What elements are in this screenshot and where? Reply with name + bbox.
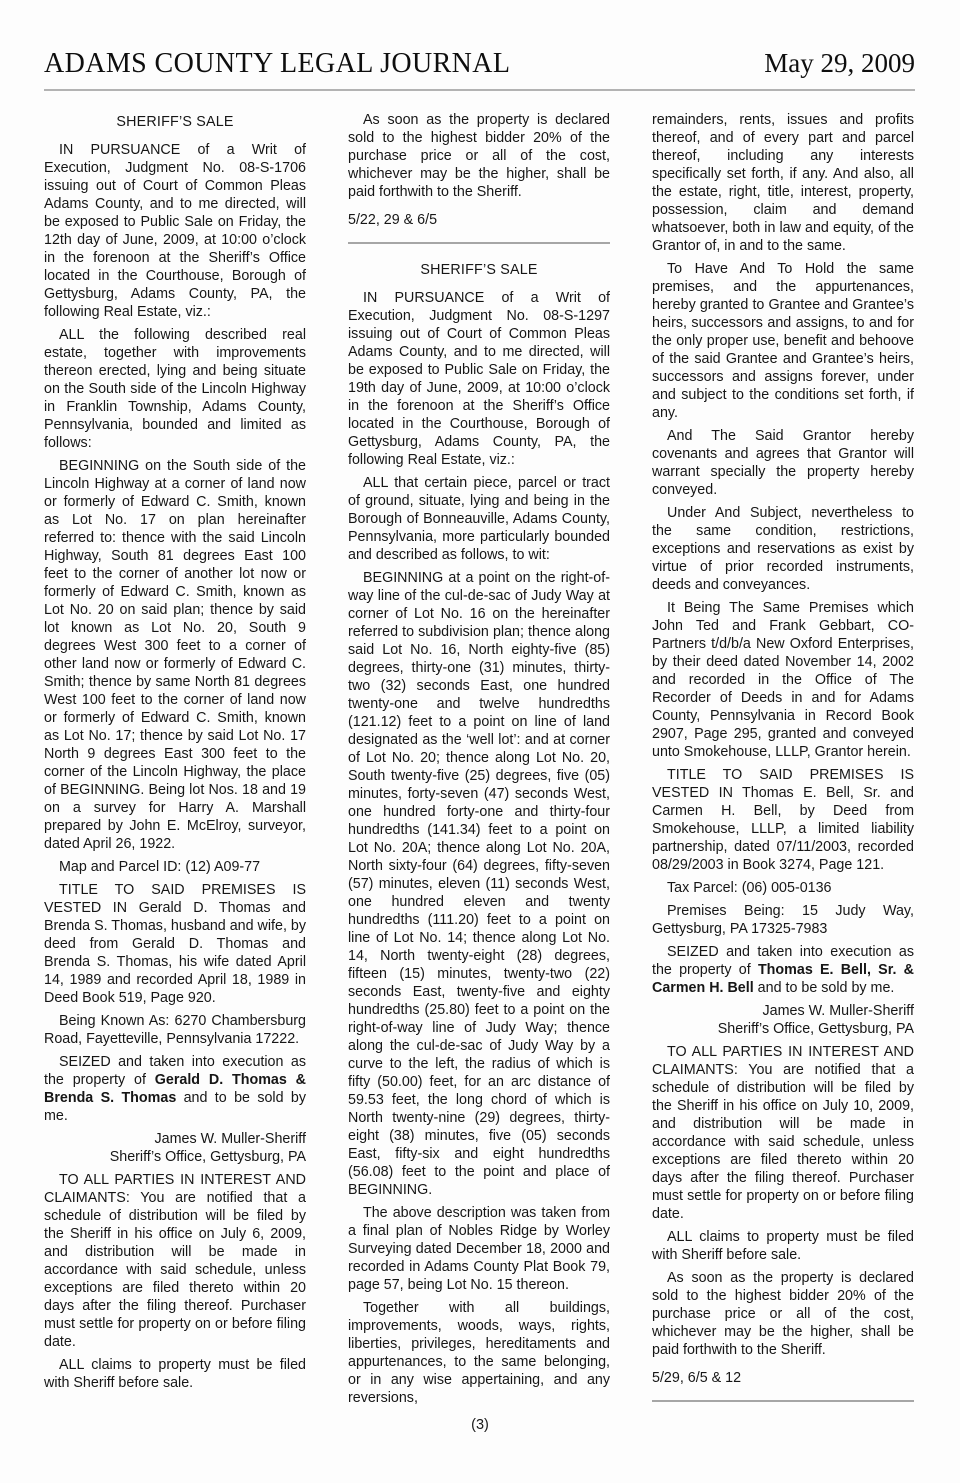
paragraph: ALL claims to property must be filed wit… (652, 1228, 914, 1264)
signature-block: James W. Muller-SheriffSheriff’s Office,… (44, 1130, 306, 1166)
paragraph: It Being The Same Premises which John Te… (652, 599, 914, 761)
paragraph: As soon as the property is declared sold… (652, 1269, 914, 1359)
signature-line: Sheriff’s Office, Gettysburg, PA (44, 1148, 306, 1166)
page-number: (3) (0, 1417, 960, 1433)
publication-dates: 5/22, 29 & 6/5 (348, 211, 610, 229)
paragraph-text: and to be sold by me. (754, 980, 895, 996)
signature-line: Sheriff’s Office, Gettysburg, PA (652, 1020, 914, 1038)
signature-line: James W. Muller-Sheriff (44, 1130, 306, 1148)
paragraph: Being Known As: 6270 Chambersburg Road, … (44, 1012, 306, 1048)
paragraph: SEIZED and taken into execution as the p… (44, 1053, 306, 1125)
paragraph: TITLE TO SAID PREMISES IS VESTED IN Gera… (44, 881, 306, 1007)
paragraph: remainders, rents, issues and profits th… (652, 111, 914, 255)
paragraph: And The Said Grantor hereby covenants an… (652, 427, 914, 499)
paragraph: Under And Subject, nevertheless to the s… (652, 504, 914, 594)
header-rule (44, 89, 915, 91)
issue-date: May 29, 2009 (764, 48, 915, 79)
paragraph: As soon as the property is declared sold… (348, 111, 610, 201)
paragraph: ALL claims to property must be filed wit… (44, 1356, 306, 1392)
column-2: As soon as the property is declared sold… (348, 111, 610, 1419)
column-3: remainders, rents, issues and profits th… (652, 111, 914, 1419)
paragraph: The above description was taken from a f… (348, 1204, 610, 1294)
journal-header: ADAMS COUNTY LEGAL JOURNAL May 29, 2009 (44, 48, 915, 80)
paragraph: Premises Being: 15 Judy Way, Gettysburg,… (652, 902, 914, 938)
section-divider (348, 242, 610, 244)
paragraph: ALL the following described real estate,… (44, 326, 306, 452)
paragraph: TO ALL PARTIES IN INTEREST AND CLAIMANTS… (652, 1043, 914, 1223)
paragraph: Map and Parcel ID: (12) A09-77 (44, 858, 306, 876)
paragraph: ALL that certain piece, parcel or tract … (348, 474, 610, 564)
content-columns: SHERIFF’S SALEIN PURSUANCE of a Writ of … (44, 111, 915, 1419)
document-page: ADAMS COUNTY LEGAL JOURNAL May 29, 2009 … (0, 0, 960, 1483)
publication-dates: 5/29, 6/5 & 12 (652, 1369, 914, 1387)
paragraph: Tax Parcel: (06) 005-0136 (652, 879, 914, 897)
column-1: SHERIFF’S SALEIN PURSUANCE of a Writ of … (44, 111, 306, 1419)
section-divider (652, 1400, 914, 1402)
paragraph: BEGINNING on the South side of the Linco… (44, 457, 306, 853)
journal-title: ADAMS COUNTY LEGAL JOURNAL (44, 48, 510, 80)
section-heading: SHERIFF’S SALE (348, 261, 610, 279)
paragraph: TO ALL PARTIES IN INTEREST AND CLAIMANTS… (44, 1171, 306, 1351)
paragraph: IN PURSUANCE of a Writ of Execution, Jud… (348, 289, 610, 469)
paragraph: TITLE TO SAID PREMISES IS VESTED IN Thom… (652, 766, 914, 874)
paragraph: Together with all buildings, improvement… (348, 1299, 610, 1407)
paragraph: BEGINNING at a point on the right-of-way… (348, 569, 610, 1199)
paragraph: To Have And To Hold the same premises, a… (652, 260, 914, 422)
section-heading: SHERIFF’S SALE (44, 113, 306, 131)
signature-block: James W. Muller-SheriffSheriff’s Office,… (652, 1002, 914, 1038)
signature-line: James W. Muller-Sheriff (652, 1002, 914, 1020)
paragraph: SEIZED and taken into execution as the p… (652, 943, 914, 997)
paragraph: IN PURSUANCE of a Writ of Execution, Jud… (44, 141, 306, 321)
